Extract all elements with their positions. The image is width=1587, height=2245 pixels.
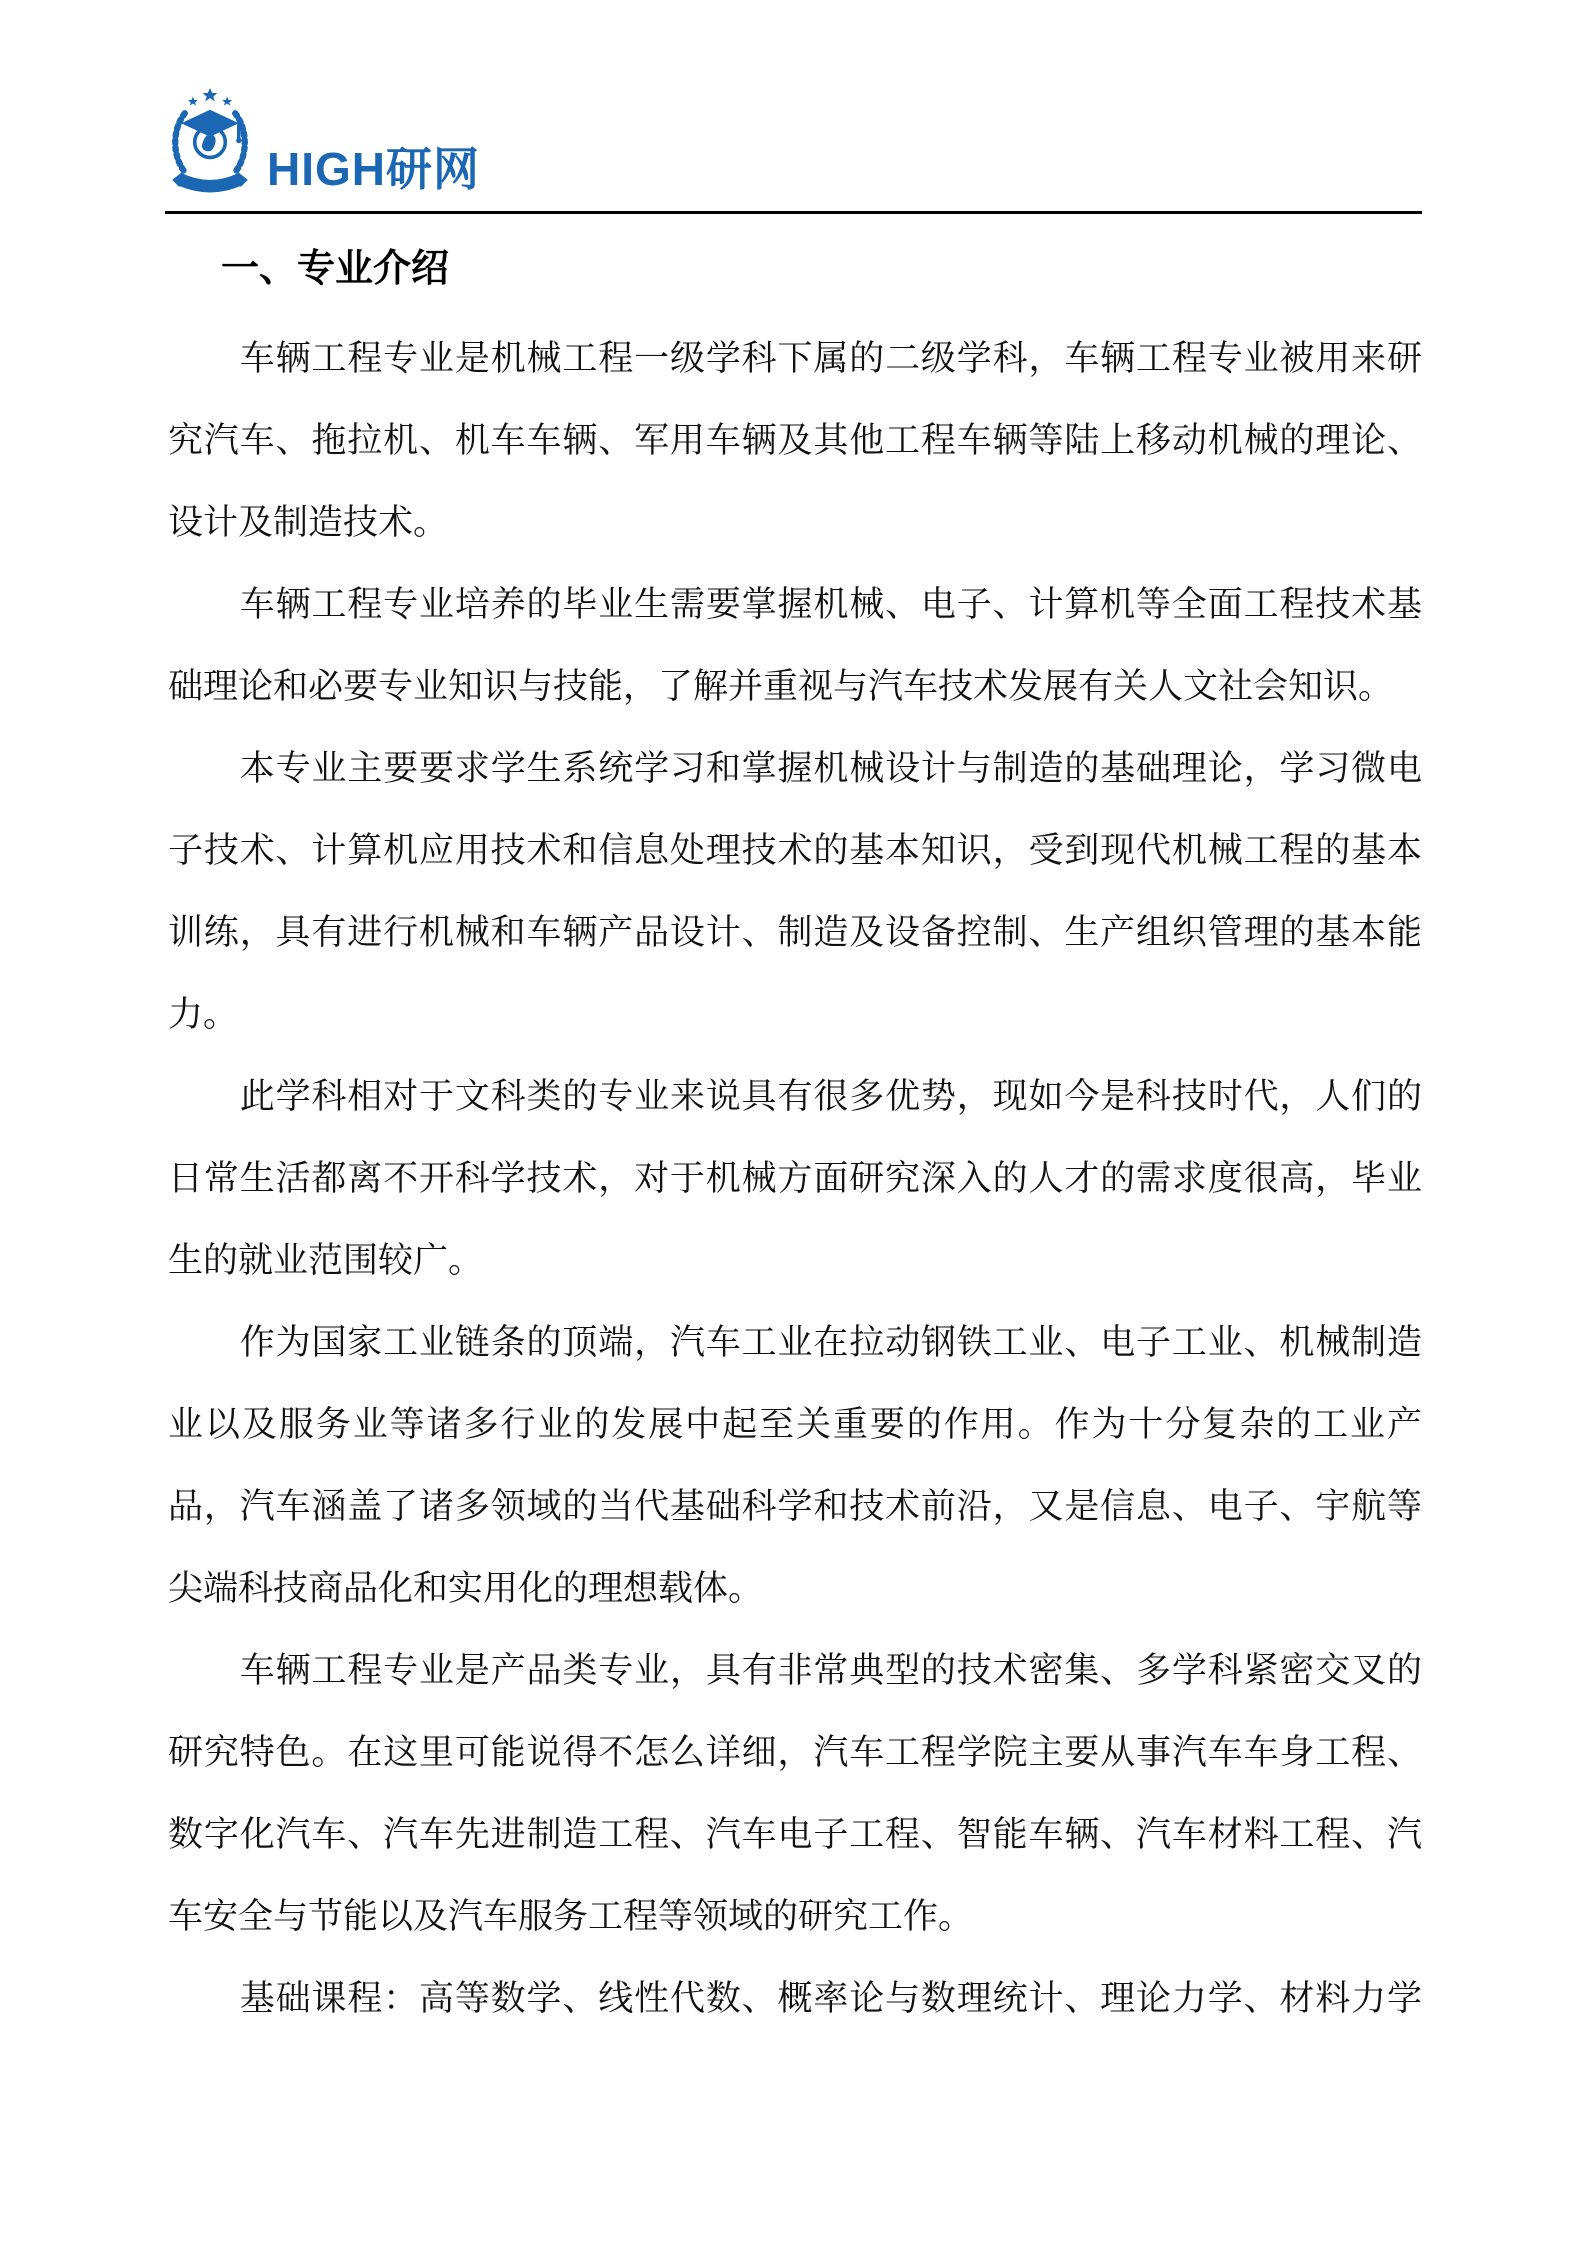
paragraph: 作为国家工业链条的顶端，汽车工业在拉动钢铁工业、电子工业、机械制造业以及服务业等… (168, 1302, 1422, 1630)
text-line: 础理论和必要专业知识与技能，了解并重视与汽车技术发展有关人文社会知识。 (168, 646, 1422, 728)
text-line: 生的就业范围较广。 (168, 1220, 1422, 1302)
header-divider (165, 211, 1422, 214)
paragraphs-container: 车辆工程专业是机械工程一级学科下属的二级学科，车辆工程专业被用来研究汽车、拖拉机… (168, 318, 1422, 2040)
graduation-cap-laurel-emblem-icon (165, 86, 255, 200)
document-body: 一、专业介绍 车辆工程专业是机械工程一级学科下属的二级学科，车辆工程专业被用来研… (0, 248, 1587, 2040)
section-heading: 一、专业介绍 (165, 248, 1422, 292)
paragraph: 车辆工程专业是机械工程一级学科下属的二级学科，车辆工程专业被用来研究汽车、拖拉机… (168, 318, 1422, 564)
text-line: 车辆工程专业是产品类专业，具有非常典型的技术密集、多学科紧密交叉的 (168, 1630, 1422, 1712)
text-line: 研究特色。在这里可能说得不怎么详细，汽车工程学院主要从事汽车车身工程、 (168, 1712, 1422, 1794)
text-line: 子技术、计算机应用技术和信息处理技术的基本知识，受到现代机械工程的基本 (168, 810, 1422, 892)
text-line: 数字化汽车、汽车先进制造工程、汽车电子工程、智能车辆、汽车材料工程、汽 (168, 1794, 1422, 1876)
page-header: HIGH研网 (0, 0, 1587, 214)
text-line: 训练，具有进行机械和车辆产品设计、制造及设备控制、生产组织管理的基本能 (168, 892, 1422, 974)
text-line: 究汽车、拖拉机、机车车辆、军用车辆及其他工程车辆等陆上移动机械的理论、 (168, 400, 1422, 482)
text-line: 车安全与节能以及汽车服务工程等领域的研究工作。 (168, 1876, 1422, 1958)
paragraph: 此学科相对于文科类的专业来说具有很多优势，现如今是科技时代，人们的日常生活都离不… (168, 1056, 1422, 1302)
text-line: 车辆工程专业培养的毕业生需要掌握机械、电子、计算机等全面工程技术基 (168, 564, 1422, 646)
text-line: 日常生活都离不开科学技术，对于机械方面研究深入的人才的需求度很高，毕业 (168, 1138, 1422, 1220)
paragraph: 车辆工程专业培养的毕业生需要掌握机械、电子、计算机等全面工程技术基础理论和必要专… (168, 564, 1422, 728)
text-line: 作为国家工业链条的顶端，汽车工业在拉动钢铁工业、电子工业、机械制造 (168, 1302, 1422, 1384)
text-line: 力。 (168, 974, 1422, 1056)
text-line: 尖端科技商品化和实用化的理想载体。 (168, 1548, 1422, 1630)
paragraph: 基础课程：高等数学、线性代数、概率论与数理统计、理论力学、材料力学 (168, 1958, 1422, 2040)
text-line: 品，汽车涵盖了诸多领域的当代基础科学和技术前沿，又是信息、电子、宇航等 (168, 1466, 1422, 1548)
document-page: HIGH研网 一、专业介绍 车辆工程专业是机械工程一级学科下属的二级学科，车辆工… (0, 0, 1587, 2245)
text-line: 本专业主要要求学生系统学习和掌握机械设计与制造的基础理论，学习微电 (168, 728, 1422, 810)
brand-logo: HIGH研网 (0, 0, 1587, 200)
paragraph: 车辆工程专业是产品类专业，具有非常典型的技术密集、多学科紧密交叉的研究特色。在这… (168, 1630, 1422, 1958)
text-line: 基础课程：高等数学、线性代数、概率论与数理统计、理论力学、材料力学 (168, 1958, 1422, 2040)
paragraph: 本专业主要要求学生系统学习和掌握机械设计与制造的基础理论，学习微电子技术、计算机… (168, 728, 1422, 1056)
text-line: 业以及服务业等诸多行业的发展中起至关重要的作用。作为十分复杂的工业产 (168, 1384, 1422, 1466)
brand-text: HIGH研网 (267, 146, 480, 200)
text-line: 此学科相对于文科类的专业来说具有很多优势，现如今是科技时代，人们的 (168, 1056, 1422, 1138)
text-line: 车辆工程专业是机械工程一级学科下属的二级学科，车辆工程专业被用来研 (168, 318, 1422, 400)
text-line: 设计及制造技术。 (168, 482, 1422, 564)
